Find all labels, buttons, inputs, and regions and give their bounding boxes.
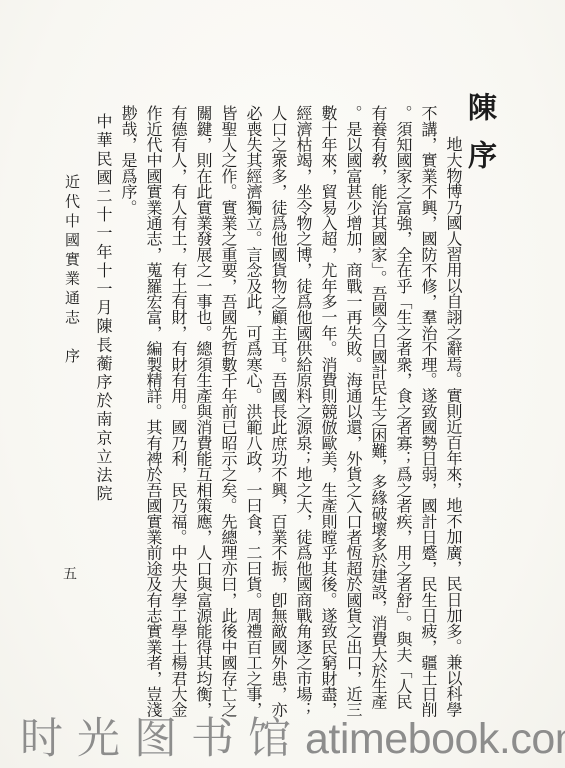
text-column: 經濟枯竭，坐令物之博，徒爲他國供給原料之源泉；地之大，徒爲他國商戰角逐之市場； [290, 105, 315, 717]
text-column: 。須知國家之富強，全在乎「生之者衆，食之者寡；爲之者疾，用之者舒」。與夫「人民 [390, 105, 415, 709]
text-column: 有養有敎，能治其國家」。吾國今日國計民生之困難，多緣破壞多於建設，消費大於生產 [365, 105, 390, 709]
text-column: 不講，實業不興，國防不修，羣治不理。遂致國勢日弱，國計日蹙，民生日疲，疆土日削 [415, 105, 440, 717]
watermark: 时光图书馆atimebook.com [20, 705, 565, 766]
text-column-signature-date: 中華民國二十一年十一月陳長蘅序於南京立法院 [90, 113, 115, 504]
page-number: 五 [58, 566, 78, 580]
text-column: 數十年來，貿易入超，尤年多一年。消費則競倣歐美，生產則瞠乎其後。遂致民窮財盡， [315, 105, 340, 717]
text-column: 有德有人，有人有土，有土有財，有財有用。國乃利，民乃福。中央大學工學士楊君大金 [165, 105, 190, 717]
text-column: 必喪失其經濟獨立。言念及此，可爲寒心。洪範八政，一曰食，二曰貨。周禮百工之事， [240, 105, 265, 717]
text-column: 關鍵，則在此實業發展之一事也。總須生產與消費能互相策應，人口與富源能得其均衡， [190, 105, 215, 717]
text-column: 皆聖人之作。實業之重要，吾國先哲數千年前已昭示之矣。先總理亦曰，此後中國存亡之 [215, 105, 240, 717]
running-header-book-title: 近代中國實業通志 序 [60, 174, 82, 367]
text-column: 作近代中國實業通志，蒐羅宏富，編製精詳。其有裨於吾國實業前途及有志實業者，豈淺 [140, 105, 165, 717]
watermark-domain-text: atimebook.com [305, 715, 565, 763]
text-column: 人口之衆多，徒爲他國貨物之顧主耳。吾國長此庶功不興，百業不振，卽無敵國外患，亦 [265, 105, 290, 717]
scanned-book-page: 陳序 地大物博乃國人習用以自詡之辭焉。實則近百年來，地不加廣，民日加多。兼以科學… [0, 0, 565, 768]
text-column: 地大物博乃國人習用以自詡之辭焉。實則近百年來，地不加廣，民日加多。兼以科學 [440, 105, 465, 717]
watermark-cjk-text: 时光图书馆 [20, 715, 305, 763]
text-column: 。是以國富甚少增加，商戰一再失敗。海通以還，外貨之入口者恆超於國貨之出口，近三 [340, 105, 365, 717]
preface-title: 陳序 [463, 92, 497, 188]
text-column-closing: 尠哉，是爲序。 [115, 105, 140, 215]
